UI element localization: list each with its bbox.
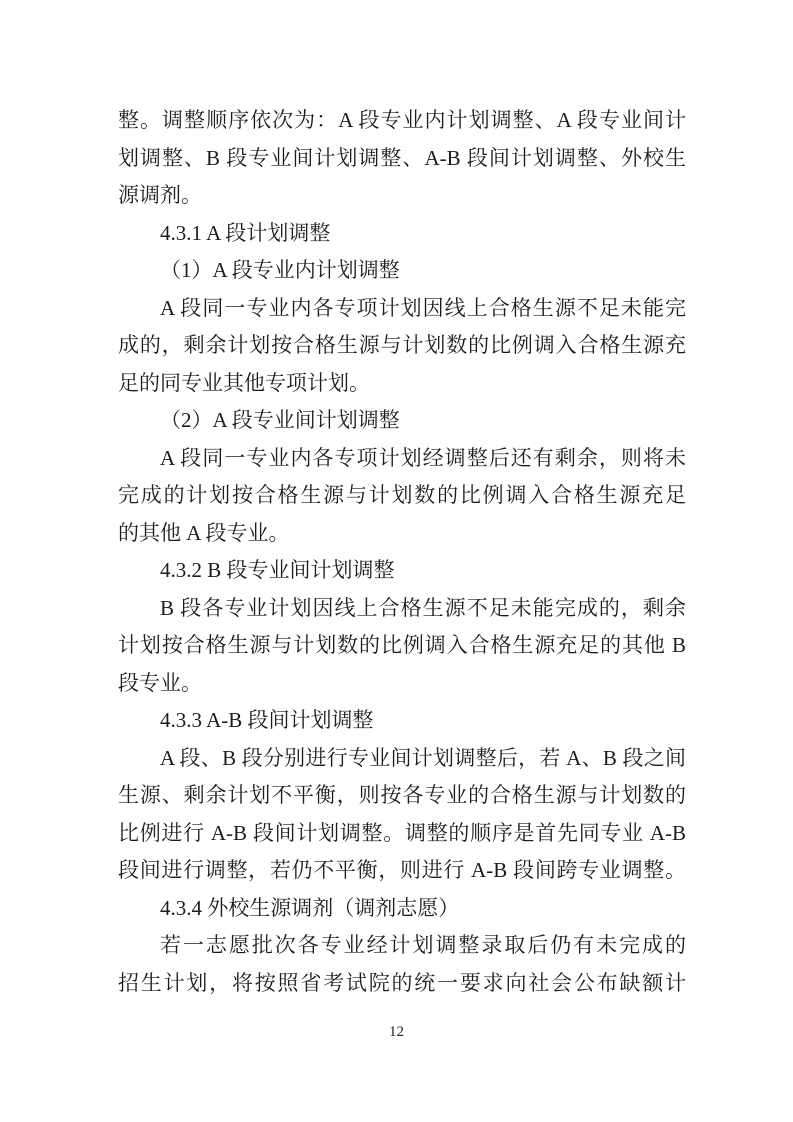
section-heading: 4.3.1 A 段计划调整	[118, 215, 686, 253]
text-line: 若一志愿批次各专业经计划调整录取后仍有未完成的	[118, 927, 686, 965]
text-line: 生源、剩余计划不平衡，则按各专业的合格生源与计划数的	[118, 777, 686, 815]
text-line: 段间进行调整，若仍不平衡，则进行 A-B 段间跨专业调整。	[118, 852, 686, 890]
text-line: 计划按合格生源与计划数的比例调入合格生源充足的其他 B	[118, 627, 686, 665]
sub-heading: （2）A 段专业间计划调整	[118, 402, 686, 440]
text-line: 招生计划，将按照省考试院的统一要求向社会公布缺额计	[118, 965, 686, 1003]
section-heading: 4.3.4 外校生源调剂（调剂志愿）	[118, 890, 686, 928]
text-line: 成的，剩余计划按合格生源与计划数的比例调入合格生源充	[118, 327, 686, 365]
text-line: A 段同一专业内各专项计划因线上合格生源不足未能完	[118, 290, 686, 328]
text-line: 比例进行 A-B 段间计划调整。调整的顺序是首先同专业 A-B	[118, 815, 686, 853]
sub-heading: （1）A 段专业内计划调整	[118, 252, 686, 290]
text-line: 划调整、B 段专业间计划调整、A-B 段间计划调整、外校生	[118, 140, 686, 178]
text-line: 足的同专业其他专项计划。	[118, 365, 686, 403]
body-text: 整。调整顺序依次为：A 段专业内计划调整、A 段专业间计 划调整、B 段专业间计…	[118, 102, 686, 1002]
page-number: 12	[0, 1022, 793, 1042]
section-heading: 4.3.3 A-B 段间计划调整	[118, 702, 686, 740]
text-line: B 段各专业计划因线上合格生源不足未能完成的，剩余	[118, 590, 686, 628]
document-page: 整。调整顺序依次为：A 段专业内计划调整、A 段专业间计 划调整、B 段专业间计…	[0, 0, 793, 1122]
text-line: 段专业。	[118, 665, 686, 703]
text-line: A 段同一专业内各专项计划经调整后还有剩余，则将未	[118, 440, 686, 478]
text-line: 的其他 A 段专业。	[118, 515, 686, 553]
text-line: 完成的计划按合格生源与计划数的比例调入合格生源充足	[118, 477, 686, 515]
text-line: 整。调整顺序依次为：A 段专业内计划调整、A 段专业间计	[118, 102, 686, 140]
text-line: 源调剂。	[118, 177, 686, 215]
text-line: A 段、B 段分别进行专业间计划调整后，若 A、B 段之间	[118, 740, 686, 778]
section-heading: 4.3.2 B 段专业间计划调整	[118, 552, 686, 590]
